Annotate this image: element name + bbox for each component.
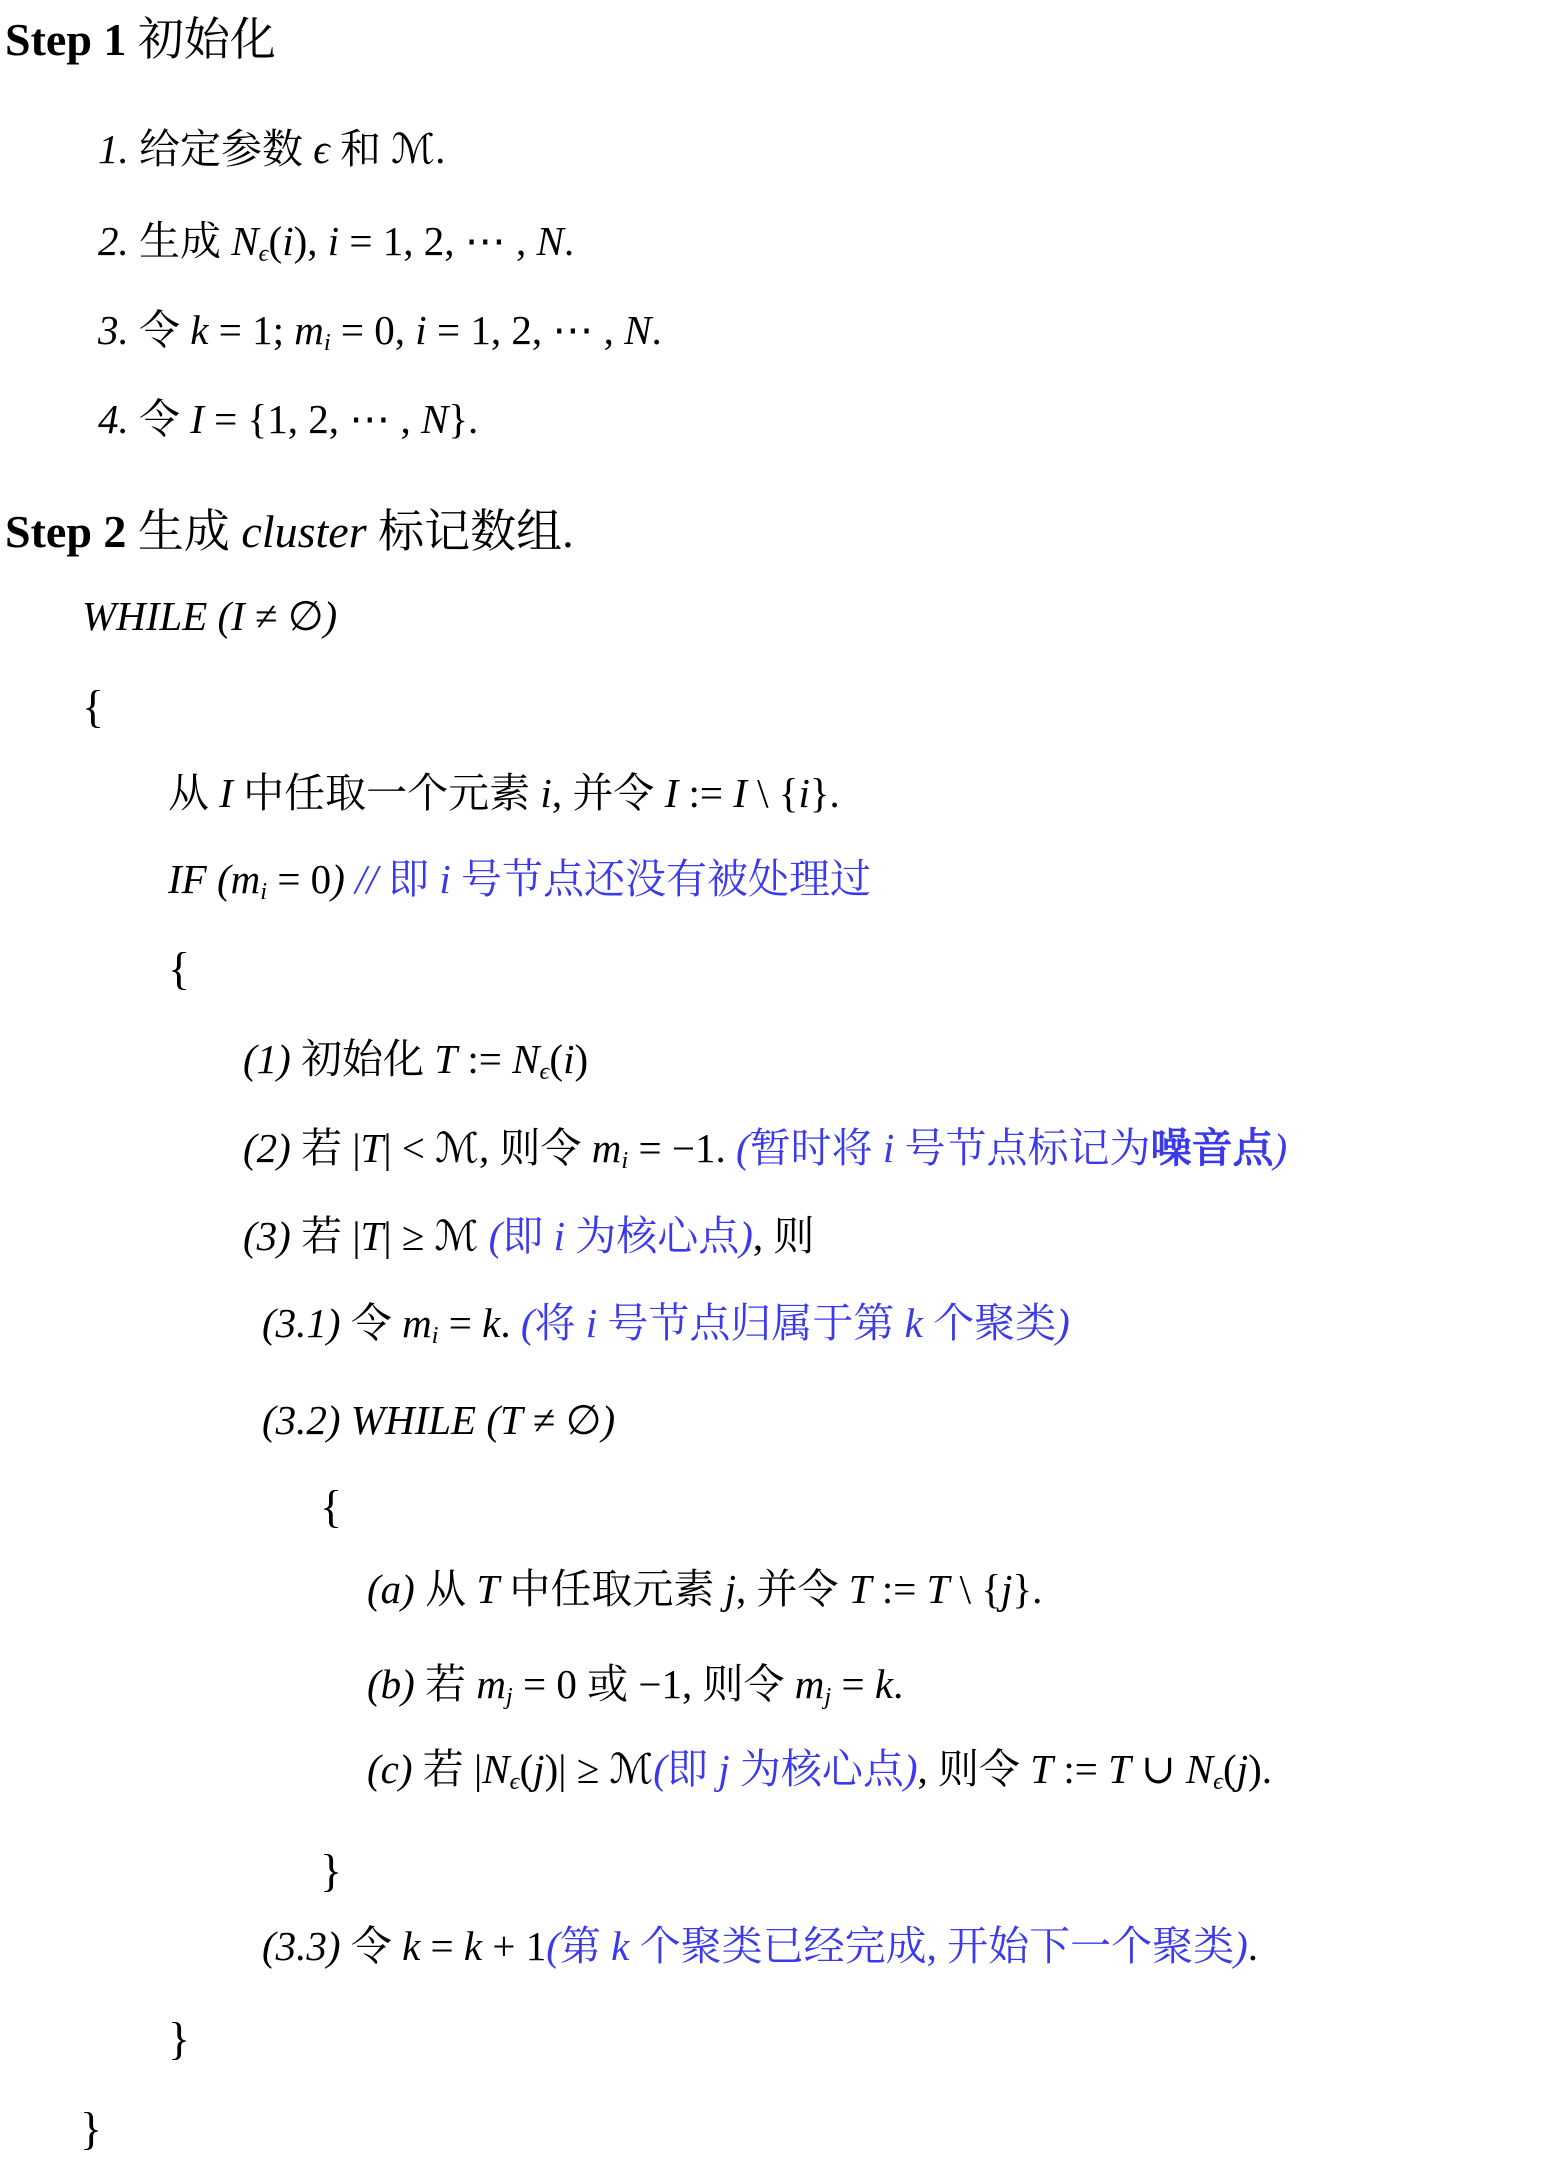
stmt-3-3-increment-k: (3.3) 令 k = k + 1(第 k 个聚类已经完成, 开始下一个聚类). [262, 1923, 1258, 1970]
text-run: j [1237, 1746, 1248, 1792]
text-run: ℳ [391, 125, 435, 173]
text-run: 号节点归属于第 [597, 1300, 905, 1346]
text-run: 个聚类已经完成, 开始下一个聚类 [629, 1923, 1234, 1969]
text-run: I [219, 770, 233, 816]
text-run: i [563, 1036, 574, 1082]
text-run: | [474, 1746, 482, 1792]
text-run: j [506, 1683, 513, 1710]
text-run: WHILE (I [82, 593, 245, 639]
text-run: k [482, 1300, 500, 1346]
text-run: 为核心点 [730, 1746, 904, 1792]
text-run: 若 [423, 1746, 474, 1792]
text-run: | [352, 1213, 360, 1259]
text-run: (3) [243, 1213, 301, 1259]
stmt-3-core-check: (3) 若 |T| ≥ ℳ (即 i 为核心点), 则 [243, 1213, 814, 1260]
text-run: 即 [388, 856, 439, 902]
text-run: ) [602, 1397, 616, 1443]
text-run: 从 [425, 1566, 476, 1612]
text-run: . [651, 307, 661, 353]
init-item-3: 3. 令 k = 1; mi = 0, i = 1, 2, ⋯ , N. [98, 307, 662, 357]
text-run: k [464, 1923, 482, 1969]
text-run: , [479, 1125, 500, 1171]
text-run: T [361, 1125, 384, 1171]
text-run: 若 [425, 1661, 476, 1707]
text-run: ) [331, 856, 355, 902]
text-run: T [927, 1566, 950, 1612]
text-run: . [564, 218, 574, 264]
text-run: = 1, 2, ⋯ , [427, 307, 624, 353]
text-run: + 1 [482, 1923, 546, 1969]
text-run: ( [521, 1300, 535, 1346]
text-run: = [420, 1923, 464, 1969]
text-run: = 1, 2, ⋯ , [339, 218, 536, 264]
text-run: N [482, 1746, 509, 1792]
step2-heading: Step 2 生成 cluster 标记数组. [5, 506, 574, 559]
text-run: 号节点还没有被处理过 [451, 856, 871, 902]
text-run: i [554, 1213, 565, 1259]
text-run: Step 2 [5, 506, 126, 557]
text-run: T [849, 1566, 872, 1612]
text-run: 则令 [938, 1746, 1030, 1792]
text-run: } [80, 2103, 102, 2154]
text-run: = −1. [628, 1125, 736, 1171]
text-run: m [795, 1661, 825, 1707]
text-run: i [586, 1300, 597, 1346]
text-run: 令 [351, 1923, 402, 1969]
text-run: 令 [351, 1300, 402, 1346]
text-run: { [82, 681, 104, 732]
text-run: i [328, 218, 339, 264]
text-run: , [552, 770, 573, 816]
text-run: (3.2) WHILE (T [262, 1397, 523, 1443]
text-run: ( [736, 1125, 750, 1171]
text-run: ϵ [259, 240, 269, 267]
text-run: (3.1) [262, 1300, 351, 1346]
step1-heading: Step 1 初始化 [5, 14, 276, 67]
text-run: , [918, 1746, 939, 1792]
text-run: (c) [367, 1746, 423, 1792]
text-run: ϵ [313, 126, 330, 172]
text-run: = 0 [513, 1661, 587, 1707]
text-run: j [718, 1746, 729, 1792]
text-run: ) [904, 1746, 918, 1792]
text-run: i [798, 770, 809, 816]
text-run: ) [1234, 1923, 1248, 1969]
text-run: // [355, 856, 388, 902]
text-run: ) [324, 593, 338, 639]
text-run: k [190, 307, 208, 353]
text-run: −1, [638, 1661, 702, 1707]
while-open-brace: { [82, 681, 104, 734]
text-run: ℳ [609, 1745, 653, 1793]
text-run: = [439, 1300, 483, 1346]
text-run: ). [1248, 1746, 1272, 1792]
text-run: 为核心点 [565, 1213, 739, 1259]
text-run: ℳ [435, 1212, 479, 1260]
text-run: m [294, 307, 324, 353]
text-run: ≠ ∅ [523, 1397, 602, 1443]
stmt-1-init-T: (1) 初始化 T := Nϵ(i) [243, 1036, 588, 1086]
text-run: 从 [168, 770, 219, 816]
inner-while-close-brace: } [320, 1845, 342, 1898]
text-run: ( [549, 1036, 563, 1082]
text-run: i [432, 1322, 439, 1349]
text-run: (b) [367, 1661, 425, 1707]
text-run: T [476, 1566, 499, 1612]
text-run: 并令 [757, 1566, 849, 1612]
text-run: . [435, 126, 445, 172]
text-run: 初始化 [301, 1036, 434, 1082]
text-run: i [415, 307, 426, 353]
text-run: 令 [139, 307, 190, 353]
stmt-b-assign-mj: (b) 若 mj = 0 或 −1, 则令 mj = k. [367, 1661, 903, 1711]
text-run: 令 [139, 396, 190, 442]
text-run: . [893, 1661, 903, 1707]
text-run: 暂时将 [750, 1125, 883, 1171]
text-run: ( [489, 1213, 503, 1259]
text-run: N [624, 307, 651, 353]
text-run: 若 [301, 1213, 352, 1259]
text-run: 第 [560, 1923, 611, 1969]
text-run: (1) [243, 1036, 301, 1082]
stmt-c-expand-T: (c) 若 |Nϵ(j)| ≥ ℳ(即 j 为核心点), 则令 T := T ∪… [367, 1746, 1272, 1796]
text-run: (2) [243, 1125, 301, 1171]
text-run: IF (m [168, 856, 260, 902]
text-run: m [402, 1300, 432, 1346]
text-run: }. [448, 396, 478, 442]
text-run: = 0, [331, 307, 416, 353]
text-run: N [231, 218, 258, 264]
text-run: 则令 [500, 1125, 592, 1171]
text-run: 生成 [126, 506, 241, 557]
text-run: ϵ [1213, 1768, 1223, 1795]
text-run: \ { [949, 1566, 1001, 1612]
text-run: 即 [502, 1213, 553, 1259]
text-run: Step 1 [5, 14, 126, 65]
text-run: 号节点标记为 [894, 1125, 1150, 1171]
text-run: i [439, 856, 450, 902]
text-run: i [540, 770, 551, 816]
text-run: (3.3) [262, 1923, 351, 1969]
text-run: := [1053, 1746, 1108, 1792]
text-run [478, 1213, 488, 1259]
if-close-brace: } [168, 2013, 190, 2066]
text-run: j [725, 1566, 736, 1612]
text-run: N [421, 396, 448, 442]
text-run: ) [739, 1213, 753, 1259]
text-run: k [905, 1300, 923, 1346]
text-run: ( [653, 1746, 667, 1792]
text-run: j [1001, 1566, 1012, 1612]
text-run: } [168, 2013, 190, 2064]
text-run: ) [1274, 1125, 1288, 1171]
text-run: 中任取元素 [499, 1566, 725, 1612]
text-run: . [562, 506, 574, 557]
algorithm-document: Step 1 初始化1. 给定参数 ϵ 和 ℳ.2. 生成 Nϵ(i), i =… [0, 0, 1561, 2167]
text-run: . [1248, 1923, 1258, 1969]
text-run: = 0 [267, 856, 331, 902]
text-run: i [324, 329, 331, 356]
text-run: | < [383, 1125, 435, 1171]
text-run: = [831, 1661, 875, 1707]
stmt-3-1-assign-cluster: (3.1) 令 mi = k. (将 i 号节点归属于第 k 个聚类) [262, 1300, 1070, 1350]
text-run: T [361, 1213, 384, 1259]
pick-element-statement: 从 I 中任取一个元素 i, 并令 I := I \ {i}. [168, 770, 840, 817]
text-run: 2. [98, 218, 139, 264]
text-run: 1. [98, 126, 139, 172]
text-run: j [533, 1746, 544, 1792]
text-run: | [352, 1125, 360, 1171]
text-run: 若 [301, 1125, 352, 1171]
init-item-2: 2. 生成 Nϵ(i), i = 1, 2, ⋯ , N. [98, 218, 574, 268]
inner-while-open-brace: { [320, 1481, 342, 1534]
text-run: } [320, 1845, 342, 1896]
while-condition: WHILE (I ≠ ∅) [82, 593, 337, 640]
text-run: 将 [535, 1300, 586, 1346]
text-run: }. [810, 770, 840, 816]
text-run: N [512, 1036, 539, 1082]
text-run: T [1030, 1746, 1053, 1792]
text-run: )| ≥ [545, 1746, 610, 1792]
text-run: { [320, 1481, 342, 1532]
text-run: | ≥ [383, 1213, 434, 1259]
text-run: ( [520, 1746, 534, 1792]
text-run: 个聚类 [923, 1300, 1056, 1346]
stmt-3-2-while-condition: (3.2) WHILE (T ≠ ∅) [262, 1397, 615, 1444]
text-run: i [282, 218, 293, 264]
text-run: 4. [98, 396, 139, 442]
stmt-2-noise-mark: (2) 若 |T| < ℳ, 则令 mi = −1. (暂时将 i 号节点标记为… [243, 1125, 1287, 1175]
text-run: }. [1012, 1566, 1042, 1612]
text-run: ( [269, 218, 283, 264]
init-item-1: 1. 给定参数 ϵ 和 ℳ. [98, 126, 445, 173]
text-run: T [434, 1036, 457, 1082]
stmt-a-pick-j: (a) 从 T 中任取元素 j, 并令 T := T \ {j}. [367, 1566, 1042, 1613]
text-run: m [476, 1661, 506, 1707]
text-run: 初始化 [126, 14, 276, 65]
text-run: (a) [367, 1566, 425, 1612]
text-run: 或 [587, 1661, 638, 1707]
text-run: ∪ [1131, 1746, 1186, 1792]
text-run: := [872, 1566, 927, 1612]
text-run: , [753, 1213, 774, 1259]
text-run: ℳ [435, 1124, 479, 1172]
text-run: 标记数组 [367, 506, 563, 557]
text-run: N [537, 218, 564, 264]
text-run: := [678, 770, 733, 816]
text-run: 和 [330, 126, 392, 172]
text-run: ( [546, 1923, 560, 1969]
text-run: 则令 [703, 1661, 795, 1707]
text-run: { [168, 943, 190, 994]
text-run: I [665, 770, 679, 816]
text-run: 则 [773, 1213, 814, 1259]
text-run: , [736, 1566, 757, 1612]
text-run: ) [574, 1036, 588, 1082]
text-run: ϵ [540, 1058, 550, 1085]
text-run: i [883, 1125, 894, 1171]
text-run: ), [294, 218, 328, 264]
text-run: I [733, 770, 747, 816]
text-run: I [190, 396, 204, 442]
text-run: := [457, 1036, 512, 1082]
text-run: 生成 [139, 218, 231, 264]
text-run: 中任取一个元素 [233, 770, 541, 816]
text-run: 噪音点 [1151, 1124, 1274, 1172]
text-run: k [875, 1661, 893, 1707]
init-item-4: 4. 令 I = {1, 2, ⋯ , N}. [98, 396, 478, 443]
text-run: ( [1223, 1746, 1237, 1792]
text-run: ) [1056, 1300, 1070, 1346]
if-condition: IF (mi = 0) // 即 i 号节点还没有被处理过 [168, 856, 871, 906]
text-run: T [1108, 1746, 1131, 1792]
text-run: . [500, 1300, 521, 1346]
text-run: \ { [747, 770, 799, 816]
text-run: ϵ [510, 1768, 520, 1795]
text-run: cluster [241, 506, 366, 557]
text-run: 即 [667, 1746, 718, 1792]
if-open-brace: { [168, 943, 190, 996]
text-run: = {1, 2, ⋯ , [204, 396, 421, 442]
text-run: 并令 [572, 770, 664, 816]
text-run: m [592, 1125, 622, 1171]
text-run: k [611, 1923, 629, 1969]
text-run: N [1186, 1746, 1213, 1792]
text-run: 给定参数 [139, 126, 313, 172]
text-run: k [402, 1923, 420, 1969]
while-close-brace: } [80, 2103, 102, 2156]
text-run: 3. [98, 307, 139, 353]
text-run: = 1; [208, 307, 294, 353]
text-run: ≠ ∅ [245, 593, 324, 639]
